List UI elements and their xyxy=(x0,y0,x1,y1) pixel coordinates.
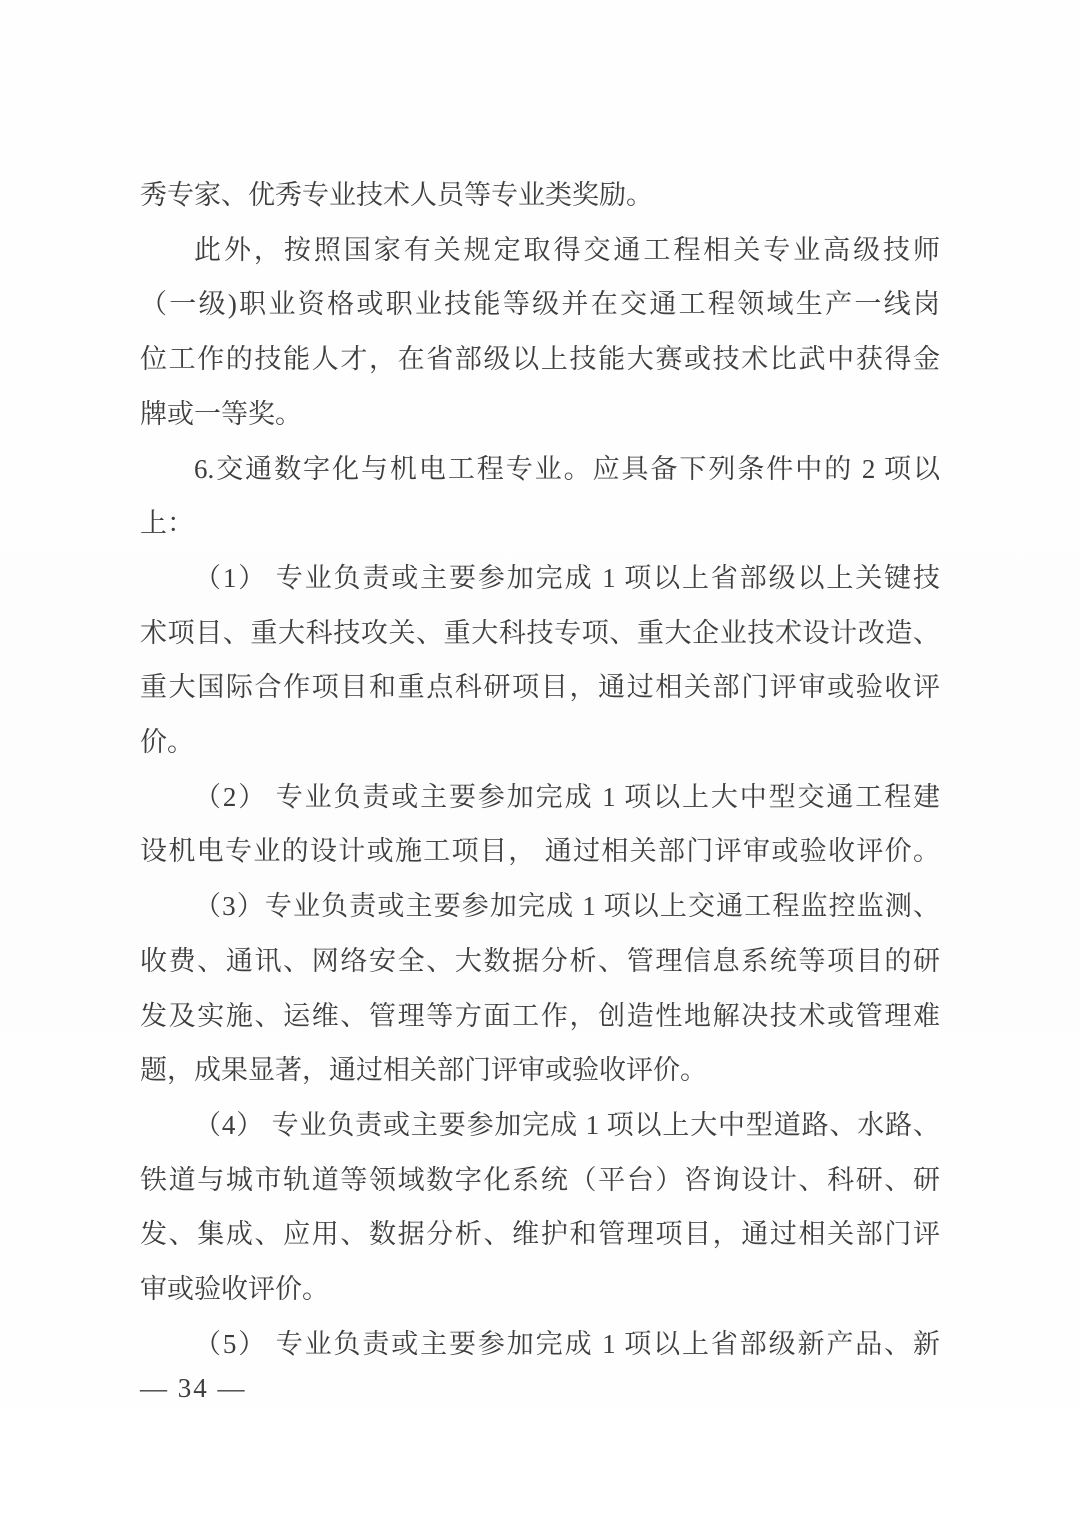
paragraph: （1） 专业负责或主要参加完成 1 项以上省部级以上关键技术项目、重大科技攻关、… xyxy=(140,551,940,770)
text-line: （3）专业负责或主要参加完成 1 项以上交通工程监控监测、 xyxy=(140,879,940,934)
text-line: （5） 专业负责或主要参加完成 1 项以上省部级新产品、新 xyxy=(140,1317,940,1372)
text-line: （4） 专业负责或主要参加完成 1 项以上大中型道路、水路、 xyxy=(140,1098,940,1153)
text-line: 此外，按照国家有关规定取得交通工程相关专业高级技师 xyxy=(140,223,940,278)
text-line: 位工作的技能人才，在省部级以上技能大赛或技术比武中获得金 xyxy=(140,332,940,387)
text-line: 价。 xyxy=(140,715,940,770)
text-line: 牌或一等奖。 xyxy=(140,387,940,442)
text-line: 题，成果显著，通过相关部门评审或验收评价。 xyxy=(140,1043,940,1098)
page-number: — 34 — xyxy=(140,1373,247,1403)
paragraph: （4） 专业负责或主要参加完成 1 项以上大中型道路、水路、铁道与城市轨道等领域… xyxy=(140,1098,940,1317)
text-line: 6.交通数字化与机电工程专业。应具备下列条件中的 2 项以 xyxy=(140,442,940,497)
paragraph: （5） 专业负责或主要参加完成 1 项以上省部级新产品、新 xyxy=(140,1317,940,1372)
document-page: 秀专家、优秀专业技术人员等专业类奖励。此外，按照国家有关规定取得交通工程相关专业… xyxy=(0,0,1080,1527)
paragraph: （3）专业负责或主要参加完成 1 项以上交通工程监控监测、收费、通讯、网络安全、… xyxy=(140,879,940,1098)
paragraph: 秀专家、优秀专业技术人员等专业类奖励。 xyxy=(140,168,940,223)
text-line: 秀专家、优秀专业技术人员等专业类奖励。 xyxy=(140,168,940,223)
paragraph: （2） 专业负责或主要参加完成 1 项以上大中型交通工程建设机电专业的设计或施工… xyxy=(140,770,940,879)
text-line: （一级)职业资格或职业技能等级并在交通工程领域生产一线岗 xyxy=(140,277,940,332)
text-line: 铁道与城市轨道等领域数字化系统（平台）咨询设计、科研、研 xyxy=(140,1153,940,1208)
text-line: （2） 专业负责或主要参加完成 1 项以上大中型交通工程建 xyxy=(140,770,940,825)
text-line: 上： xyxy=(140,496,940,551)
paragraph: 6.交通数字化与机电工程专业。应具备下列条件中的 2 项以上： xyxy=(140,442,940,551)
text-line: 发及实施、运维、管理等方面工作，创造性地解决技术或管理难 xyxy=(140,989,940,1044)
text-line: 收费、通讯、网络安全、大数据分析、管理信息系统等项目的研 xyxy=(140,934,940,989)
document-body: 秀专家、优秀专业技术人员等专业类奖励。此外，按照国家有关规定取得交通工程相关专业… xyxy=(140,168,940,1371)
page-footer: — 34 — xyxy=(140,1372,247,1404)
text-line: 重大国际合作项目和重点科研项目，通过相关部门评审或验收评 xyxy=(140,660,940,715)
text-line: 术项目、重大科技攻关、重大科技专项、重大企业技术设计改造、 xyxy=(140,606,940,661)
paragraph: 此外，按照国家有关规定取得交通工程相关专业高级技师（一级)职业资格或职业技能等级… xyxy=(140,223,940,442)
text-line: 发、集成、应用、数据分析、维护和管理项目，通过相关部门评 xyxy=(140,1207,940,1262)
text-line: （1） 专业负责或主要参加完成 1 项以上省部级以上关键技 xyxy=(140,551,940,606)
text-line: 设机电专业的设计或施工项目， 通过相关部门评审或验收评价。 xyxy=(140,824,940,879)
text-line: 审或验收评价。 xyxy=(140,1262,940,1317)
